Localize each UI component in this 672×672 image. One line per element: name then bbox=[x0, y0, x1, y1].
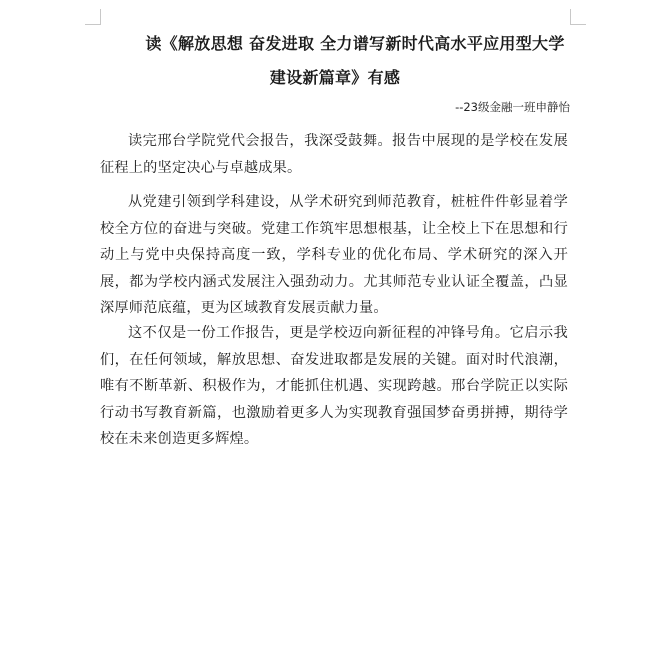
paragraph-1: 读完邢台学院党代会报告，我深受鼓舞。报告中展现的是学校在发展征程上的坚定决心与卓… bbox=[100, 128, 568, 181]
author-byline: --23级金融一班申静怡 bbox=[455, 99, 570, 115]
page-corner-mark-top-right bbox=[570, 9, 586, 25]
document-title-line-1: 读《解放思想 奋发进取 全力谱写新时代高水平应用型大学 bbox=[120, 31, 590, 54]
paragraph-2: 从党建引领到学科建设，从学术研究到师范教育，桩桩件件彰显着学校全方位的奋进与突破… bbox=[100, 189, 568, 322]
paragraph-3: 这不仅是一份工作报告，更是学校迈向新征程的冲锋号角。它启示我们，在任何领域，解放… bbox=[100, 320, 568, 453]
document-title-line-2: 建设新篇章》有感 bbox=[100, 65, 570, 88]
page-corner-mark-top-left bbox=[85, 9, 101, 25]
